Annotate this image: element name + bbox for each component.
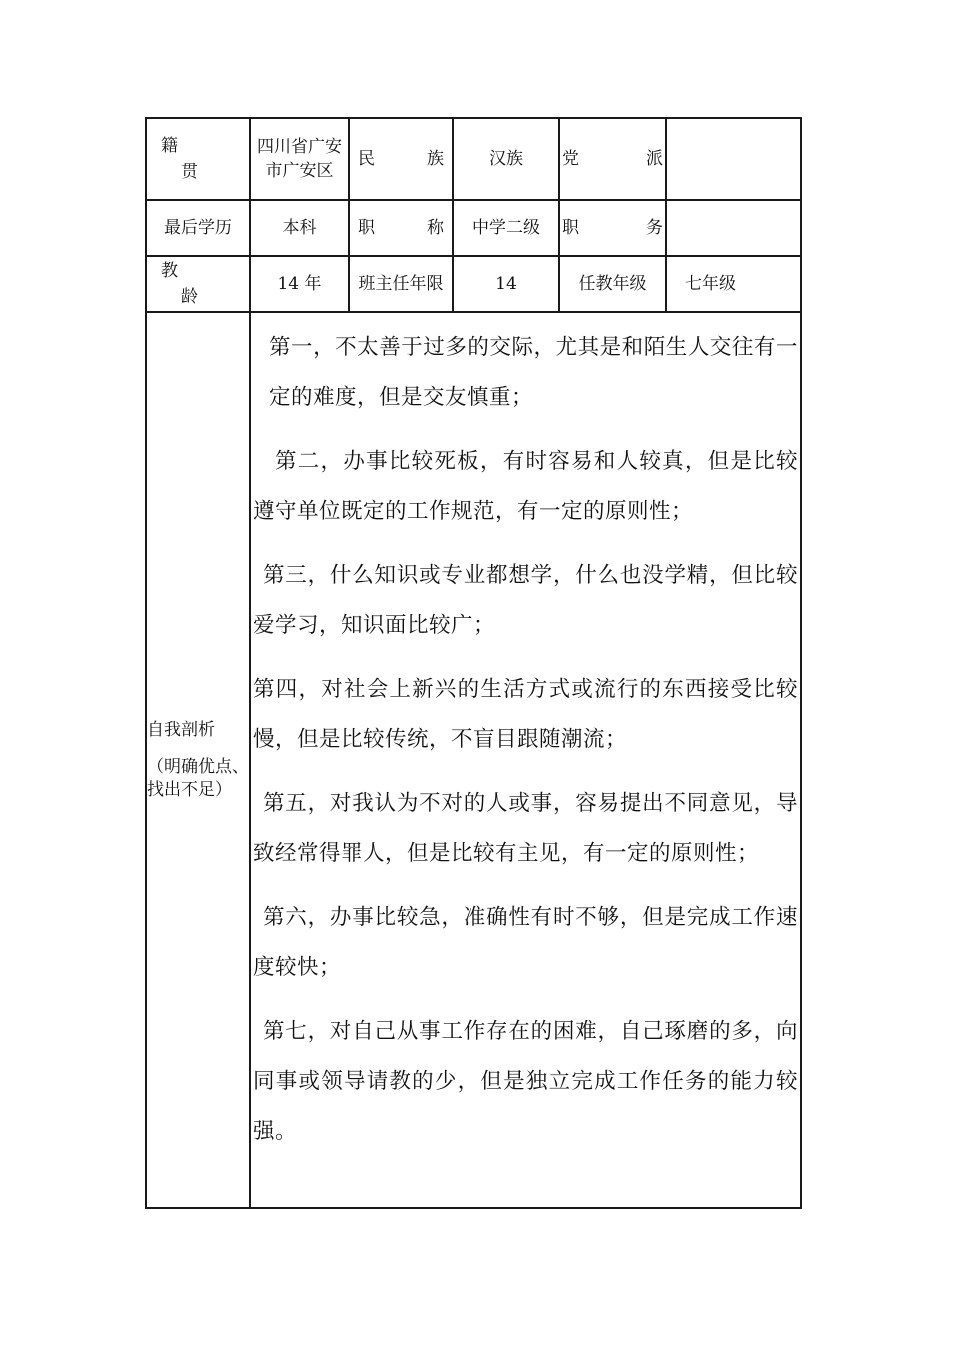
self-analysis-title: 自我剖析 bbox=[147, 719, 249, 742]
label-teaching-grade: 任教年级 bbox=[559, 256, 666, 312]
analysis-paragraph-5: 第五，对我认为不对的人或事，容易提出不同意见，导致经常得罪人，但是比较有主见，有… bbox=[253, 779, 798, 879]
value-title: 中学二级 bbox=[453, 200, 559, 256]
analysis-paragraph-6: 第六，办事比较急，准确性有时不够，但是完成工作速度较快； bbox=[253, 893, 798, 993]
label-position: 职 务 bbox=[559, 200, 666, 256]
label-self-analysis: 自我剖析 （明确优点、找出不足） bbox=[146, 312, 250, 1208]
value-party bbox=[666, 118, 801, 200]
value-education: 本科 bbox=[250, 200, 349, 256]
teacher-info-table: 籍 贯 四川省广安市广安区 民 族 汉族 党 派 bbox=[145, 117, 802, 1209]
value-ethnicity: 汉族 bbox=[453, 118, 559, 200]
table-row-education: 最后学历 本科 职 称 中学二级 职 务 bbox=[146, 200, 801, 256]
value-head-teacher-years: 14 bbox=[453, 256, 559, 312]
label-party: 党 派 bbox=[559, 118, 666, 200]
value-teaching-grade: 七年级 bbox=[666, 256, 801, 312]
label-native-place: 籍 贯 bbox=[146, 118, 250, 200]
analysis-paragraph-7: 第七，对自己从事工作存在的困难，自己琢磨的多，向同事或领导请教的少，但是独立完成… bbox=[253, 1007, 798, 1157]
analysis-paragraph-2: 第二，办事比较死板，有时容易和人较真，但是比较遵守单位既定的工作规范，有一定的原… bbox=[253, 437, 798, 537]
label-head-teacher-years: 班主任年限 bbox=[349, 256, 453, 312]
label-teaching-years: 教 龄 bbox=[146, 256, 250, 312]
value-native-place: 四川省广安市广安区 bbox=[250, 118, 349, 200]
analysis-paragraph-1: 第一，不太善于过多的交际，尤其是和陌生人交往有一定的难度，但是交友慎重； bbox=[253, 323, 798, 423]
label-education: 最后学历 bbox=[146, 200, 250, 256]
table-row-teaching-years: 教 龄 14 年 班主任年限 14 任教年级 七年级 bbox=[146, 256, 801, 312]
table-row-native-place: 籍 贯 四川省广安市广安区 民 族 汉族 党 派 bbox=[146, 118, 801, 200]
analysis-paragraph-3: 第三，什么知识或专业都想学，什么也没学精，但比较爱学习，知识面比较广； bbox=[253, 551, 798, 651]
document-page: 籍 贯 四川省广安市广安区 民 族 汉族 党 派 bbox=[0, 0, 960, 1357]
self-analysis-content: 第一，不太善于过多的交际，尤其是和陌生人交往有一定的难度，但是交友慎重； 第二，… bbox=[250, 312, 801, 1208]
value-teaching-years: 14 年 bbox=[250, 256, 349, 312]
label-ethnicity: 民 族 bbox=[349, 118, 453, 200]
value-position bbox=[666, 200, 801, 256]
self-analysis-subtitle: （明确优点、找出不足） bbox=[147, 756, 249, 802]
analysis-paragraph-4: 第四，对社会上新兴的生活方式或流行的东西接受比较慢，但是比较传统，不盲目跟随潮流… bbox=[253, 665, 798, 765]
table-row-self-analysis: 自我剖析 （明确优点、找出不足） 第一，不太善于过多的交际，尤其是和陌生人交往有… bbox=[146, 312, 801, 1208]
label-title: 职 称 bbox=[349, 200, 453, 256]
